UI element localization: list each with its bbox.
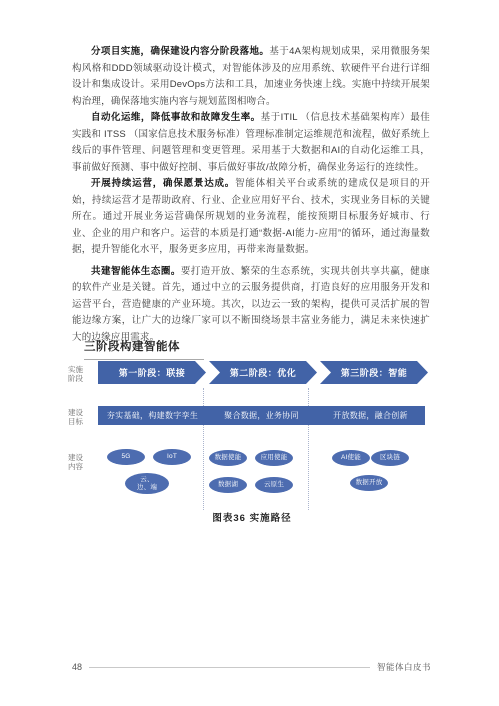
body-text: 分项目实施，确保建设内容分阶段落地。基于4A架构规划成果，采用微服务架构风格和D… — [72, 44, 430, 346]
page-footer: 48 智能体白皮书 — [72, 661, 431, 673]
stage-arrow-1: 第一阶段：联接 — [98, 361, 206, 384]
content-oval-5g: 5G — [107, 449, 145, 465]
paragraph-2: 自动化运维，降低事故和故障发生率。基于ITIL （信息技术基础架构库）最佳实践和… — [72, 110, 430, 176]
content-oval-ai-enablement: AI使能 — [332, 450, 370, 466]
content-oval-data-openness: 数据开放 — [350, 475, 388, 491]
goal-stage-2: 聚合数据，业务协同 — [207, 406, 316, 425]
paragraph-3-body: 智能体相关平台或系统的建成仅是项目的开始，持续运营才是帮助政府、行业、企业应用好… — [72, 178, 430, 255]
paragraph-3: 开展持续运营，确保愿景达成。智能体相关平台或系统的建成仅是项目的开始，持续运营才… — [72, 176, 430, 259]
figure-caption: 图表36 实施路径 — [62, 510, 442, 524]
content-oval-cloud-edge-device: 云、边、端 — [125, 473, 169, 494]
document-page: 分项目实施，确保建设内容分阶段落地。基于4A架构规划成果，采用微服务架构风格和D… — [0, 0, 499, 706]
stage-arrow-3: 第三阶段：智能 — [320, 361, 428, 384]
stage-arrows-row: 第一阶段：联接 第二阶段：优化 第三阶段：智能 — [98, 361, 428, 384]
paragraph-2-lead: 自动化运维，降低事故和故障发生率。 — [91, 112, 261, 123]
content-oval-cloud-native: 云原生 — [255, 477, 293, 493]
figure-three-stage-diagram: 三阶段构建智能体 实施 阶段 建设 目标 建设 内容 第一阶段：联接 第二阶段：… — [62, 338, 442, 536]
paragraph-1-lead: 分项目实施，确保建设内容分阶段落地。 — [91, 46, 269, 57]
paragraph-4-lead: 共建智能体生态圈。 — [91, 266, 181, 277]
page-number: 48 — [72, 662, 82, 672]
footer-rule — [89, 667, 370, 668]
row-label-construction-goal: 建设 目标 — [68, 408, 94, 426]
content-oval-cloud-edge-device-label: 云、边、端 — [134, 476, 160, 491]
content-oval-data-enablement: 数据使能 — [209, 450, 247, 466]
content-oval-app-enablement: 应用使能 — [255, 450, 293, 466]
paragraph-4: 共建智能体生态圈。要打造开放、繁荣的生态系统，实现共创共享共赢，健康的软件产业是… — [72, 264, 430, 347]
goal-stage-1: 夯实基础，构建数字孪生 — [98, 406, 207, 425]
figure-title: 三阶段构建智能体 — [84, 338, 204, 360]
paragraph-4-body: 要打造开放、繁荣的生态系统，实现共创共享共赢，健康的软件产业是关键。首先，通过中… — [72, 266, 430, 343]
goals-bar: 夯实基础，构建数字孪生 聚合数据，业务协同 开放数据，融合创新 — [98, 406, 425, 425]
goal-stage-3: 开放数据，融合创新 — [316, 406, 425, 425]
content-oval-blockchain: 区块链 — [371, 450, 409, 466]
content-oval-data-lake: 数据湖 — [209, 477, 247, 493]
document-title: 智能体白皮书 — [377, 661, 431, 673]
paragraph-3-lead: 开展持续运营，确保愿景达成。 — [91, 178, 235, 189]
content-oval-iot: IoT — [153, 449, 191, 465]
row-label-construction-content: 建设 内容 — [68, 453, 94, 471]
paragraph-1: 分项目实施，确保建设内容分阶段落地。基于4A架构规划成果，采用微服务架构风格和D… — [72, 44, 430, 110]
row-label-implementation-stage: 实施 阶段 — [68, 365, 94, 383]
stage-arrow-2: 第二阶段：优化 — [209, 361, 317, 384]
